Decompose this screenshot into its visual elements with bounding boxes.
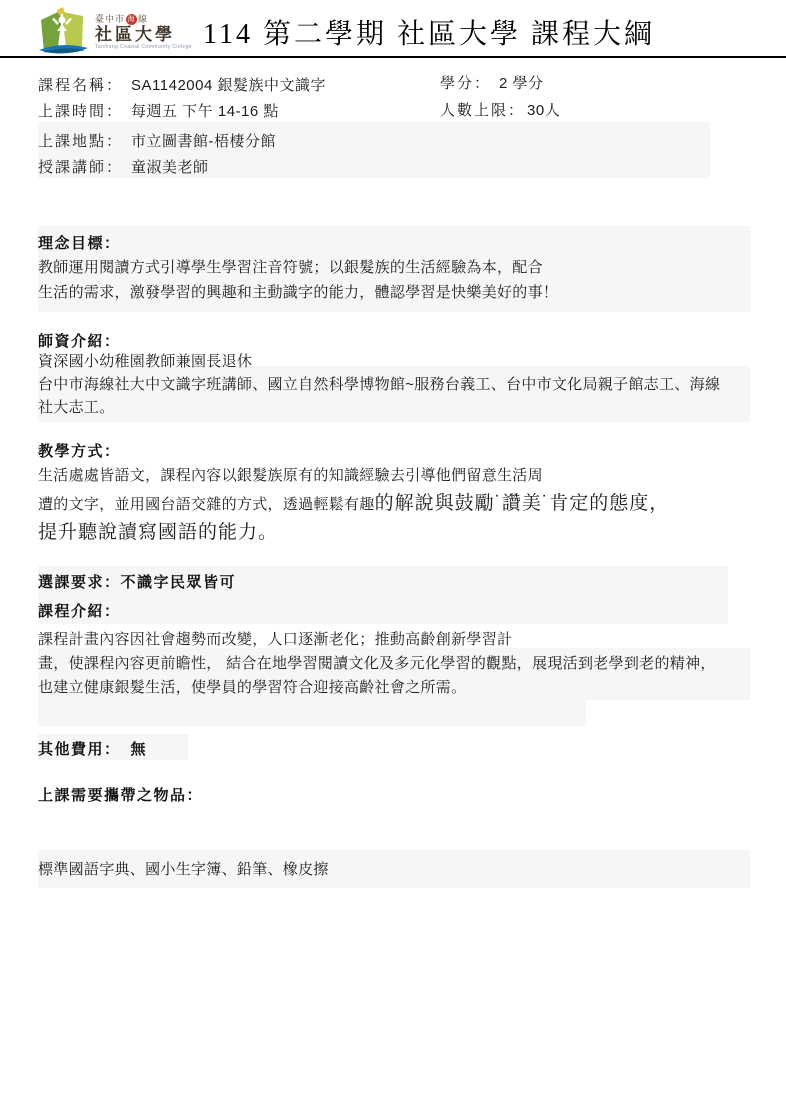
course-name-value: SA1142004 銀髮族中文識字 bbox=[131, 77, 326, 94]
class-time-row: 上課時間：每週五 下午 14-16 點 bbox=[38, 100, 279, 121]
method-line-2-large: 的解說與鼓勵˙讚美˙肯定的態度， bbox=[375, 493, 670, 514]
items-value: 標準國語字典、國小生字簿、鉛筆、橡皮擦 bbox=[38, 858, 329, 879]
class-location-label: 上課地點： bbox=[38, 133, 123, 150]
class-time-label: 上課時間： bbox=[38, 103, 123, 120]
credits-label: 學分： bbox=[440, 75, 491, 92]
max-students-row: 人數上限：30人 bbox=[440, 99, 560, 120]
method-heading: 教學方式： bbox=[38, 440, 121, 461]
goal-body: 教師運用閱讀方式引導學生學習注音符號；以銀髮族的生活經驗為本，配合 生活的需求，… bbox=[38, 255, 754, 305]
header-divider bbox=[0, 56, 786, 58]
max-students-label: 人數上限： bbox=[440, 102, 525, 119]
method-line-2-small: 遭的文字，並用國台語交雜的方式，透過輕鬆有趣 bbox=[38, 496, 375, 513]
teacher-body: 資深國小幼稚園教師兼園長退休 台中市海線社大中文識字班講師、國立自然科學博物館~… bbox=[38, 350, 754, 419]
course-name-row: 課程名稱：SA1142004 銀髮族中文識字 bbox=[38, 74, 326, 95]
instructor-label: 授課講師： bbox=[38, 159, 123, 176]
intro-heading: 課程介紹： bbox=[38, 600, 121, 621]
seal-icon: 海 bbox=[126, 14, 137, 25]
credits-row: 學分：2 學分 bbox=[440, 72, 544, 93]
logo-english-name: Taichung Coastal Community College bbox=[95, 45, 192, 50]
method-line-2: 遭的文字，並用國台語交雜的方式，透過輕鬆有趣的解說與鼓勵˙讚美˙肯定的態度， bbox=[38, 488, 669, 515]
school-logo: 臺中市 海 線 社區大學 Taichung Coastal Community … bbox=[35, 6, 200, 58]
logo-region-line: 臺中市 海 線 bbox=[95, 14, 192, 25]
school-logo-text: 臺中市 海 線 社區大學 Taichung Coastal Community … bbox=[95, 14, 192, 50]
course-syllabus-page: 臺中市 海 線 社區大學 Taichung Coastal Community … bbox=[0, 0, 786, 1100]
fees-label: 其他費用： bbox=[38, 741, 121, 758]
logo-school-name: 社區大學 bbox=[95, 26, 192, 44]
class-time-value: 每週五 下午 14-16 點 bbox=[131, 103, 279, 120]
method-line-1: 生活處處皆語文，課程內容以銀髮族原有的知識經驗去引導他們留意生活周 bbox=[38, 464, 543, 485]
credits-value: 2 學分 bbox=[499, 75, 544, 92]
method-line-3: 提升聽說讀寫國語的能力。 bbox=[38, 517, 278, 544]
logo-region-pre: 臺中市 bbox=[95, 15, 125, 24]
requirement-heading: 選課要求：不識字民眾皆可 bbox=[38, 571, 236, 592]
instructor-row: 授課講師：童淑美老師 bbox=[38, 156, 209, 177]
fees-row: 其他費用：無 bbox=[38, 738, 147, 759]
page-title: 114 第二學期 社區大學 課程大綱 bbox=[203, 12, 763, 52]
items-heading: 上課需要攜帶之物品： bbox=[38, 784, 203, 805]
school-logo-icon bbox=[35, 7, 91, 57]
fees-value: 無 bbox=[131, 741, 148, 758]
class-location-value: 市立圖書館-梧棲分館 bbox=[131, 133, 276, 150]
intro-body: 課程計畫內容因社會趨勢而改變，人口逐漸老化；推動高齡創新學習計 畫，使課程內容更… bbox=[38, 628, 754, 700]
max-students-value: 30人 bbox=[527, 102, 560, 119]
instructor-value: 童淑美老師 bbox=[131, 159, 209, 176]
course-name-label: 課程名稱： bbox=[38, 77, 123, 94]
class-location-row: 上課地點：市立圖書館-梧棲分館 bbox=[38, 130, 276, 151]
teacher-heading: 師資介紹： bbox=[38, 330, 121, 351]
goal-heading: 理念目標： bbox=[38, 232, 121, 253]
logo-region-post: 線 bbox=[138, 15, 148, 24]
